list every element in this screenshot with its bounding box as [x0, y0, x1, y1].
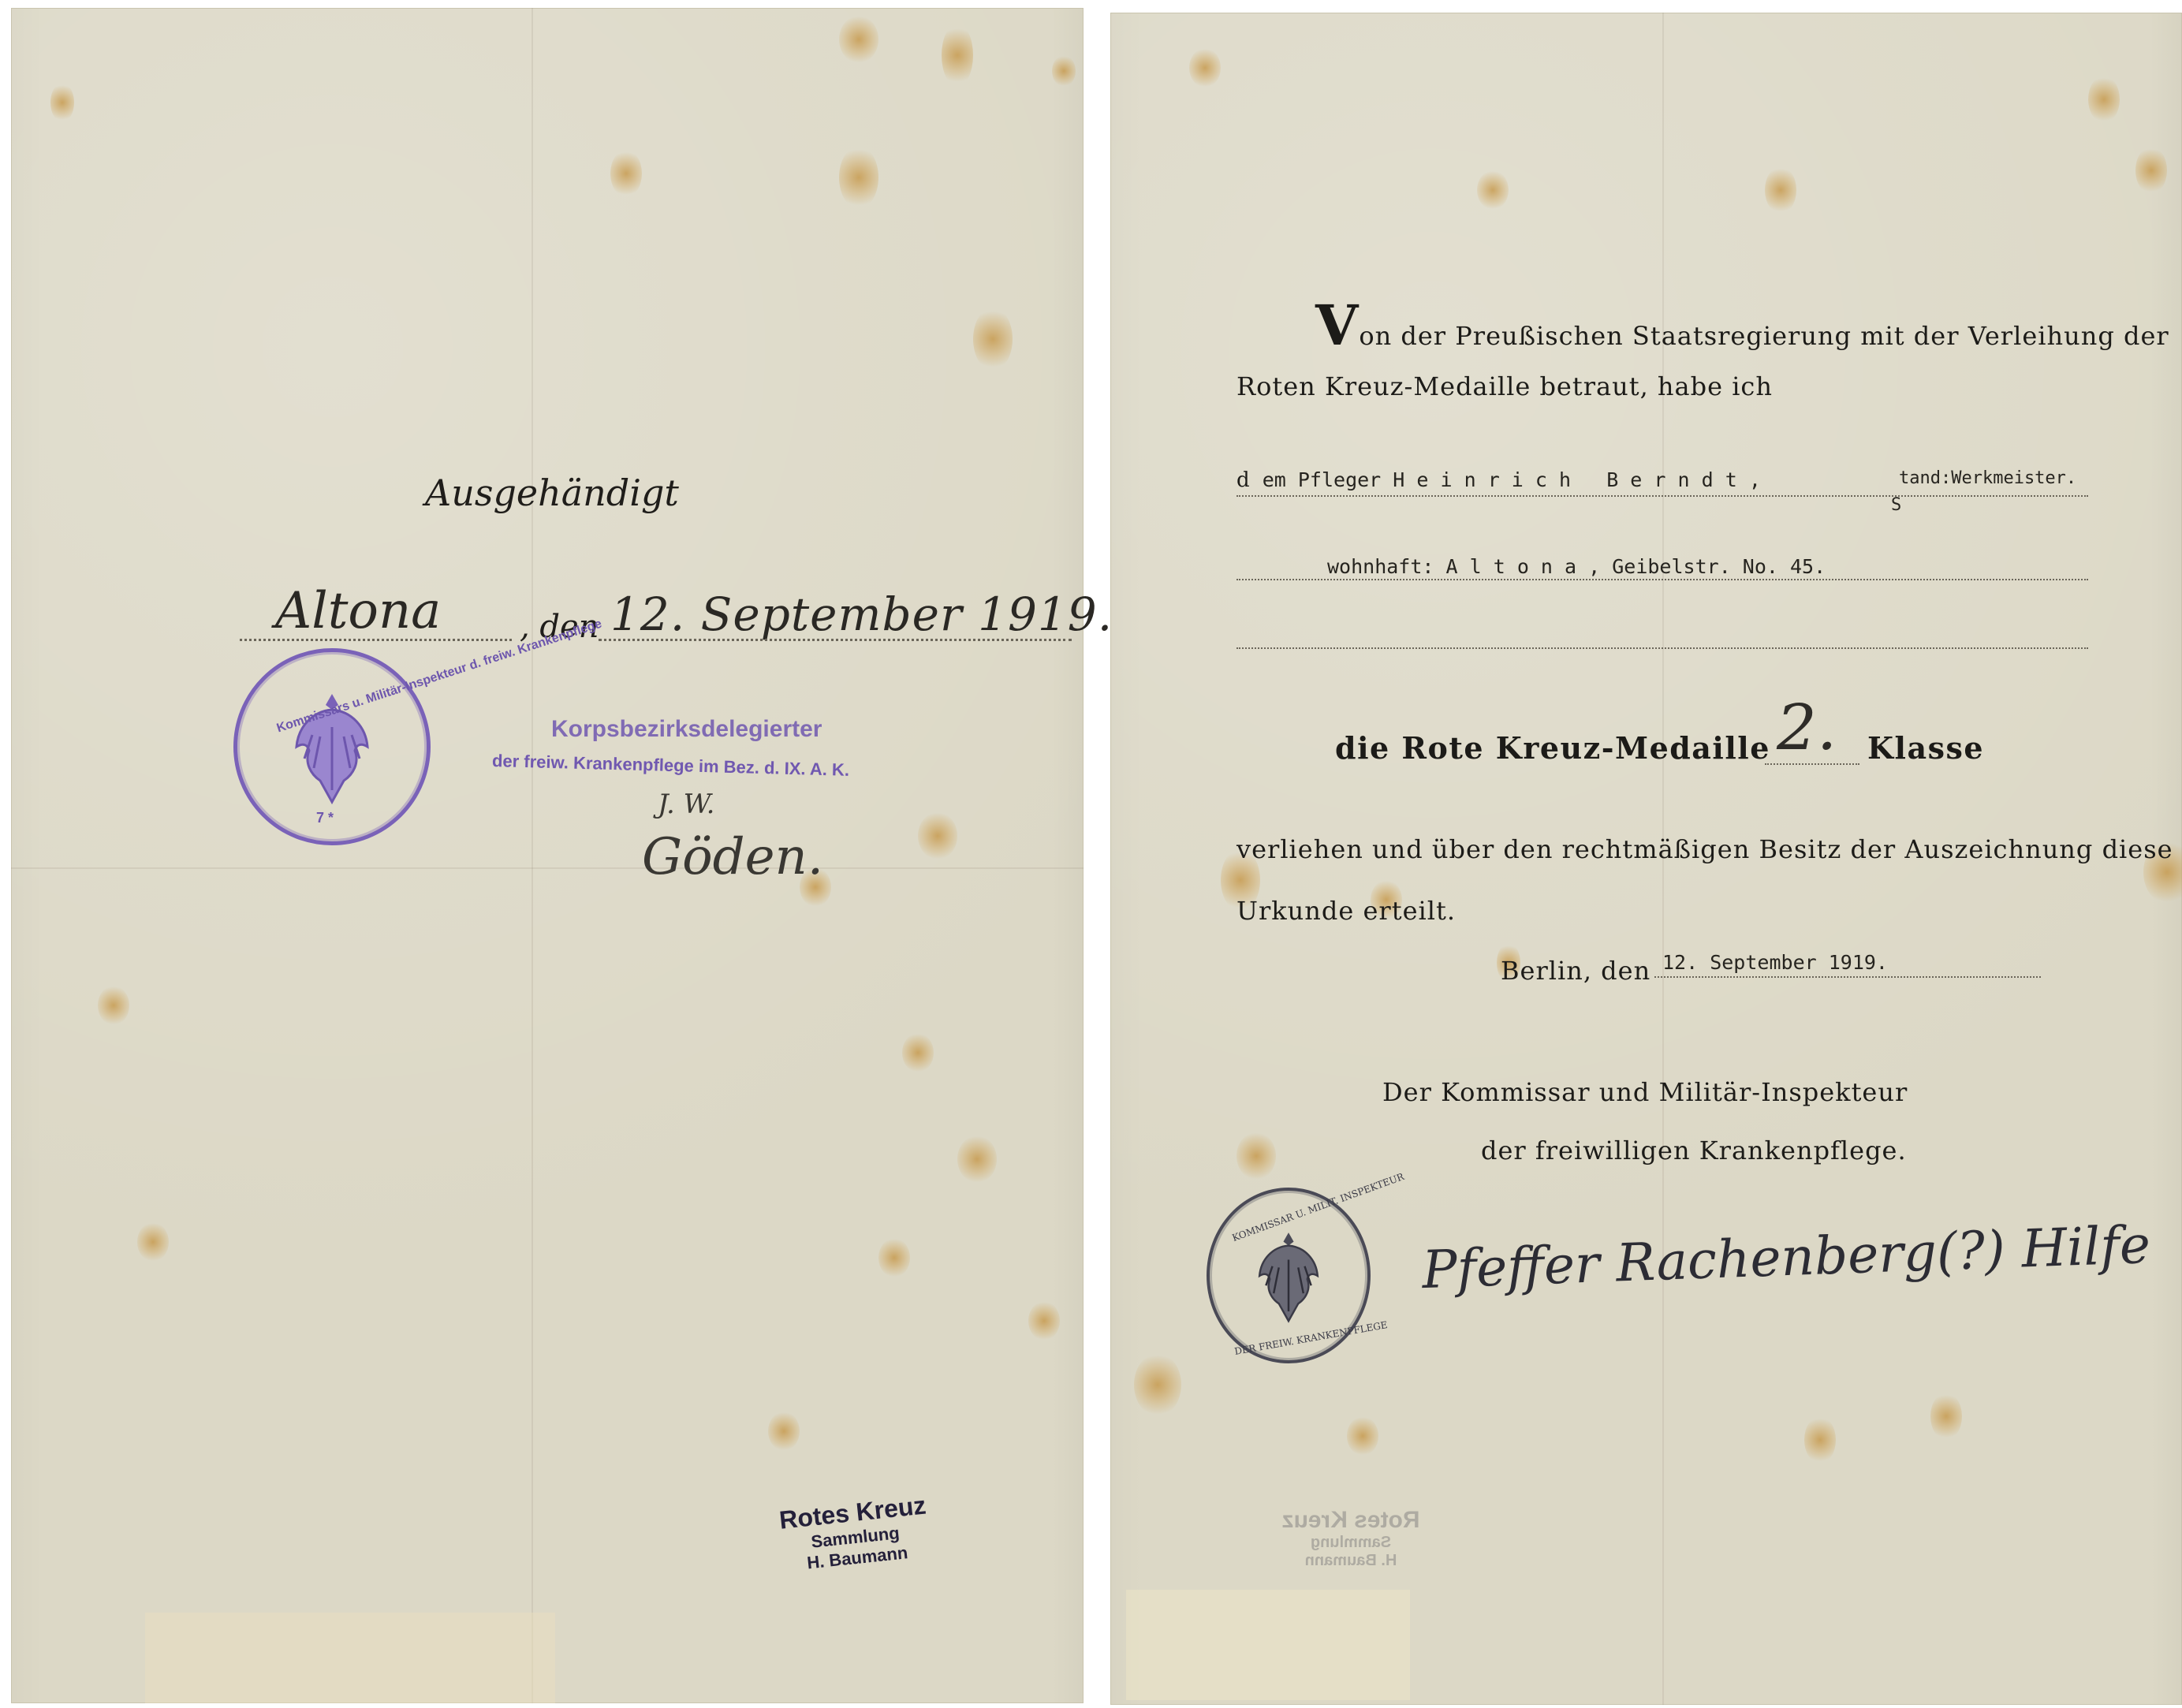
handwritten-place: Altona [275, 582, 441, 640]
recipient-dotted-line [1236, 495, 2088, 497]
bleed-through-line3: H. Baumann [1248, 1552, 1453, 1570]
foxing-spot [1347, 1416, 1378, 1456]
issuer-line2: der freiwilligen Krankenpflege. [1481, 1136, 1907, 1165]
collection-stamp: Rotes Kreuz Sammlung H. Baumann [749, 1488, 960, 1579]
bleed-through-stamp: Rotes Kreuz Sammlung H. Baumann [1248, 1507, 1453, 1570]
signature-issuer: Pfeffer Rachenberg(?) Hilfe [1421, 1214, 2151, 1300]
date-dotted-line [599, 639, 1072, 641]
award-prefix: die Rote Kreuz-Medaille [1335, 730, 1770, 766]
place-date-prefix: Berlin, den [1501, 956, 1650, 986]
recipient-typed: em Pfleger H e i n r i c h B e r n d t , [1263, 468, 1761, 491]
recipient-line: d em Pfleger H e i n r i c h B e r n d t… [1236, 468, 1761, 492]
foxing-spot [1028, 1301, 1060, 1341]
place-dotted-line [240, 639, 512, 641]
foxing-spot [902, 1033, 934, 1072]
paragraph1-line2: Roten Kreuz-Medaille betraut, habe ich [1236, 371, 1773, 401]
place-date-typed: 12. September 1919. [1662, 951, 1888, 974]
stand-occupation: tand:Werkmeister. [1899, 468, 2076, 488]
paragraph2-line2: Urkunde erteilt. [1236, 896, 1456, 926]
office-stamp-line2: der freiw. Krankenpflege im Bez. d. IX. … [492, 751, 850, 781]
stamp-bottom-marks: 7 * [316, 810, 334, 826]
foxing-spot [610, 150, 642, 197]
award-suffix: Klasse [1867, 730, 1984, 766]
foxing-spot [50, 83, 74, 122]
bleed-through-line1: Rotes Kreuz [1248, 1507, 1453, 1534]
foxing-spot [768, 1412, 800, 1451]
tape-residue [1126, 1590, 1410, 1700]
foxing-spot [957, 1136, 997, 1183]
paragraph1-line1: Von der Preußischen Staatsregierung mit … [1315, 293, 2169, 358]
paragraph1-line1-text: on der Preußischen Staatsregierung mit d… [1359, 321, 2169, 351]
foxing-spot [1930, 1393, 1962, 1440]
foxing-spot [839, 16, 878, 63]
eagle-emblem-icon [1253, 1225, 1324, 1327]
blank-dotted-line [1236, 647, 2088, 649]
foxing-spot [839, 146, 878, 209]
official-round-stamp: Kommissars u. Militär-Inspekteur d. frei… [233, 648, 431, 845]
recipient-prefix: d [1236, 468, 1251, 492]
bleed-through-line2: Sammlung [1248, 1534, 1453, 1552]
foxing-spot [1477, 170, 1509, 210]
signature-goden: Göden. [642, 828, 823, 886]
handwritten-date: 12. September 1919. [610, 587, 1113, 641]
foxing-spot [878, 1238, 910, 1277]
foxing-spot [1765, 166, 1796, 214]
residence-line: wohnhaft: A l t o n a , Geibelstr. No. 4… [1327, 555, 1826, 578]
award-class-handwritten: 2. [1777, 691, 1837, 764]
tape-residue [145, 1613, 555, 1703]
foxing-spot [1189, 48, 1221, 88]
foxing-spot [918, 812, 957, 860]
foxing-spot [2135, 147, 2167, 194]
foxing-spot [137, 1222, 169, 1262]
date-dotted-line [1654, 976, 2041, 978]
foxing-spot [2088, 76, 2120, 123]
foxing-spot [973, 308, 1013, 371]
fold-line-horizontal [11, 867, 1084, 869]
foxing-spot [98, 986, 129, 1025]
office-stamp-line1: Korpsbezirksdelegierter [551, 716, 822, 743]
paragraph2-line1: verliehen und über den rechtmäßigen Besi… [1236, 834, 2173, 864]
drop-cap-letter: V [1315, 293, 1359, 358]
heading-ausgehaendigt: Ausgehändigt [425, 472, 679, 514]
foxing-spot [942, 24, 973, 87]
foxing-spot [1236, 1132, 1276, 1180]
official-seal: KOMMISSAR U. MILIT. INSPEKTEUR DER FREIW… [1207, 1188, 1371, 1363]
stand-prefix: S [1891, 495, 1901, 515]
document-page-right: Von der Preußischen Staatsregierung mit … [1110, 13, 2182, 1705]
foxing-spot [1804, 1416, 1836, 1464]
document-page-left: Ausgehändigt Altona , den 12. September … [11, 8, 1084, 1703]
signature-prefix: J. W. [658, 789, 714, 820]
residence-dotted-line [1236, 579, 2088, 580]
issuer-line1: Der Kommissar und Militär-Inspekteur [1382, 1077, 1908, 1107]
foxing-spot [1134, 1353, 1181, 1416]
foxing-spot [1052, 55, 1076, 87]
fold-line-vertical [532, 8, 533, 1703]
